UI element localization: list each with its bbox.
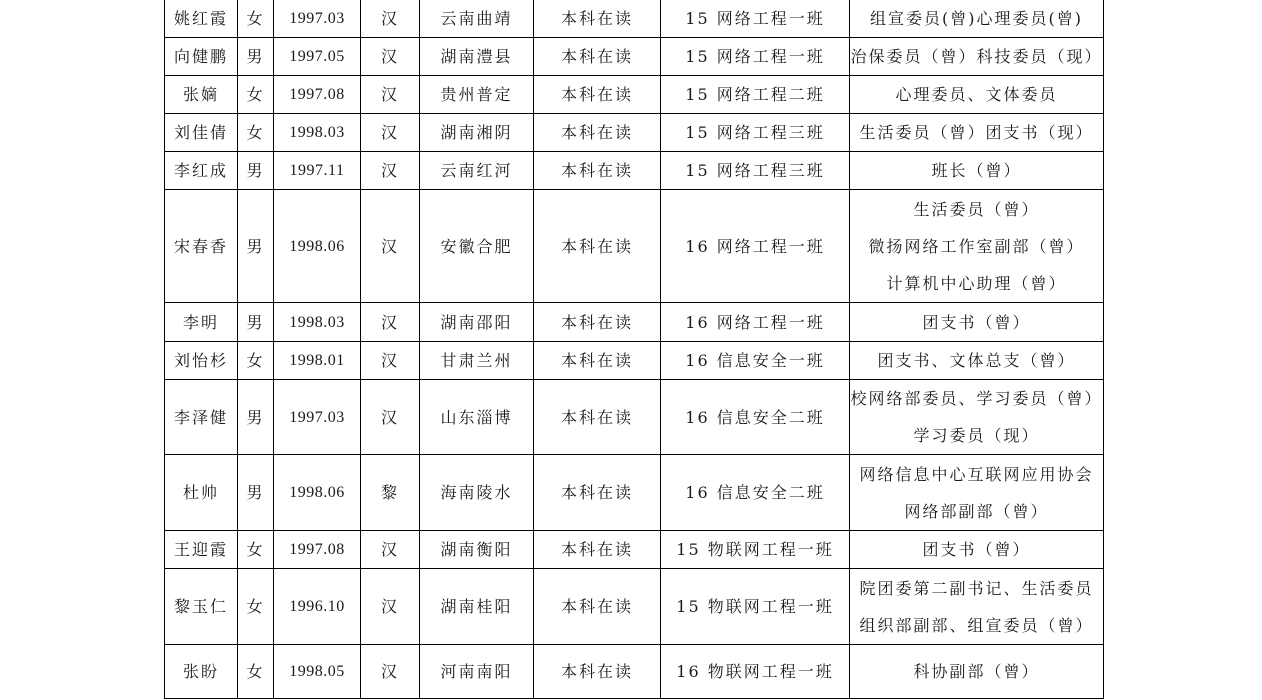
table-row: 王迎霞 女 1997.08 汉 湖南衡阳 本科在读 15 物联网工程一班 团支书… — [165, 531, 1104, 569]
cell-birth: 1997.11 — [274, 152, 361, 190]
cell-education: 本科在读 — [534, 152, 661, 190]
cell-ethnicity: 汉 — [361, 380, 420, 455]
cell-class: 16 网络工程一班 — [661, 190, 850, 303]
cell-education: 本科在读 — [534, 76, 661, 114]
cell-gender: 女 — [238, 645, 274, 699]
cell-ethnicity: 汉 — [361, 303, 420, 342]
cell-ethnicity: 汉 — [361, 190, 420, 303]
cell-class: 15 物联网工程一班 — [661, 569, 850, 645]
table-row: 张盼 女 1998.05 汉 河南南阳 本科在读 16 物联网工程一班 科协副部… — [165, 645, 1104, 699]
role-line: 团支书（曾） — [850, 304, 1103, 341]
cell-ethnicity: 汉 — [361, 531, 420, 569]
role-line: 团支书（曾） — [850, 531, 1103, 568]
roster-body: 姚红霞 女 1997.03 汉 云南曲靖 本科在读 15 网络工程一班 组宣委员… — [165, 0, 1104, 699]
cell-birth: 1998.03 — [274, 303, 361, 342]
role-line: 心理委员、文体委员 — [850, 76, 1103, 113]
cell-gender: 女 — [238, 0, 274, 38]
cell-ethnicity: 汉 — [361, 114, 420, 152]
cell-class: 16 物联网工程一班 — [661, 645, 850, 699]
cell-birth: 1996.10 — [274, 569, 361, 645]
cell-roles: 团支书、文体总支（曾） — [850, 342, 1104, 380]
cell-roles: 组宣委员(曾)心理委员(曾) — [850, 0, 1104, 38]
table-row: 黎玉仁 女 1996.10 汉 湖南桂阳 本科在读 15 物联网工程一班 院团委… — [165, 569, 1104, 645]
cell-roles: 网络信息中心互联网应用协会网络部副部（曾） — [850, 455, 1104, 531]
cell-birth: 1998.03 — [274, 114, 361, 152]
role-line: 科协副部（曾） — [850, 653, 1103, 690]
cell-origin: 山东淄博 — [420, 380, 534, 455]
cell-gender: 男 — [238, 380, 274, 455]
cell-class: 16 信息安全二班 — [661, 380, 850, 455]
table-row: 杜帅 男 1998.06 黎 海南陵水 本科在读 16 信息安全二班 网络信息中… — [165, 455, 1104, 531]
cell-roles: 院团委第二副书记、生活委员组织部副部、组宣委员（曾） — [850, 569, 1104, 645]
cell-gender: 男 — [238, 190, 274, 303]
cell-name: 刘佳倩 — [165, 114, 238, 152]
cell-birth: 1997.08 — [274, 76, 361, 114]
role-line: 班长（曾） — [850, 152, 1103, 189]
cell-gender: 男 — [238, 303, 274, 342]
cell-origin: 安徽合肥 — [420, 190, 534, 303]
cell-origin: 云南红河 — [420, 152, 534, 190]
cell-birth: 1998.06 — [274, 190, 361, 303]
cell-class: 15 网络工程一班 — [661, 38, 850, 76]
cell-origin: 甘肃兰州 — [420, 342, 534, 380]
cell-class: 16 网络工程一班 — [661, 303, 850, 342]
role-line: 治保委员（曾）科技委员（现） — [850, 38, 1103, 75]
cell-gender: 女 — [238, 569, 274, 645]
cell-roles: 团支书（曾） — [850, 303, 1104, 342]
cell-gender: 女 — [238, 342, 274, 380]
cell-gender: 女 — [238, 114, 274, 152]
student-roster-table: 姚红霞 女 1997.03 汉 云南曲靖 本科在读 15 网络工程一班 组宣委员… — [164, 0, 1104, 699]
cell-class: 15 网络工程三班 — [661, 114, 850, 152]
cell-origin: 湖南衡阳 — [420, 531, 534, 569]
cell-class: 15 物联网工程一班 — [661, 531, 850, 569]
cell-education: 本科在读 — [534, 455, 661, 531]
cell-name: 黎玉仁 — [165, 569, 238, 645]
cell-education: 本科在读 — [534, 645, 661, 699]
cell-education: 本科在读 — [534, 380, 661, 455]
cell-class: 15 网络工程三班 — [661, 152, 850, 190]
role-line: 网络信息中心互联网应用协会 — [850, 456, 1103, 493]
table-row: 李泽健 男 1997.03 汉 山东淄博 本科在读 16 信息安全二班 校网络部… — [165, 380, 1104, 455]
role-line: 计算机中心助理（曾） — [850, 265, 1103, 302]
table-row: 李红成 男 1997.11 汉 云南红河 本科在读 15 网络工程三班 班长（曾… — [165, 152, 1104, 190]
cell-name: 张嫡 — [165, 76, 238, 114]
cell-birth: 1998.05 — [274, 645, 361, 699]
cell-name: 刘怡杉 — [165, 342, 238, 380]
cell-name: 王迎霞 — [165, 531, 238, 569]
table-row: 刘佳倩 女 1998.03 汉 湖南湘阴 本科在读 15 网络工程三班 生活委员… — [165, 114, 1104, 152]
table-row: 张嫡 女 1997.08 汉 贵州普定 本科在读 15 网络工程二班 心理委员、… — [165, 76, 1104, 114]
cell-roles: 班长（曾） — [850, 152, 1104, 190]
cell-ethnicity: 汉 — [361, 38, 420, 76]
cell-roles: 生活委员（曾）微扬网络工作室副部（曾）计算机中心助理（曾） — [850, 190, 1104, 303]
cell-birth: 1997.08 — [274, 531, 361, 569]
cell-name: 杜帅 — [165, 455, 238, 531]
cell-education: 本科在读 — [534, 569, 661, 645]
cell-ethnicity: 黎 — [361, 455, 420, 531]
cell-name: 宋春香 — [165, 190, 238, 303]
cell-birth: 1997.03 — [274, 0, 361, 38]
cell-roles: 治保委员（曾）科技委员（现） — [850, 38, 1104, 76]
cell-origin: 河南南阳 — [420, 645, 534, 699]
table-row: 刘怡杉 女 1998.01 汉 甘肃兰州 本科在读 16 信息安全一班 团支书、… — [165, 342, 1104, 380]
role-line: 团支书、文体总支（曾） — [850, 342, 1103, 379]
cell-name: 李红成 — [165, 152, 238, 190]
cell-education: 本科在读 — [534, 303, 661, 342]
role-line: 组宣委员(曾)心理委员(曾) — [850, 0, 1103, 37]
cell-gender: 男 — [238, 455, 274, 531]
cell-origin: 贵州普定 — [420, 76, 534, 114]
cell-birth: 1997.03 — [274, 380, 361, 455]
table-row: 宋春香 男 1998.06 汉 安徽合肥 本科在读 16 网络工程一班 生活委员… — [165, 190, 1104, 303]
cell-ethnicity: 汉 — [361, 0, 420, 38]
cell-name: 张盼 — [165, 645, 238, 699]
role-line: 生活委员（曾） — [850, 191, 1103, 228]
cell-origin: 云南曲靖 — [420, 0, 534, 38]
cell-origin: 湖南桂阳 — [420, 569, 534, 645]
role-line: 院团委第二副书记、生活委员 — [850, 570, 1103, 607]
cell-origin: 湖南邵阳 — [420, 303, 534, 342]
role-line: 微扬网络工作室副部（曾） — [850, 228, 1103, 265]
cell-name: 李明 — [165, 303, 238, 342]
cell-education: 本科在读 — [534, 190, 661, 303]
cell-class: 16 信息安全二班 — [661, 455, 850, 531]
cell-education: 本科在读 — [534, 38, 661, 76]
table-row: 李明 男 1998.03 汉 湖南邵阳 本科在读 16 网络工程一班 团支书（曾… — [165, 303, 1104, 342]
table-row: 向健鹏 男 1997.05 汉 湖南澧县 本科在读 15 网络工程一班 治保委员… — [165, 38, 1104, 76]
cell-education: 本科在读 — [534, 0, 661, 38]
cell-name: 姚红霞 — [165, 0, 238, 38]
cell-class: 15 网络工程二班 — [661, 76, 850, 114]
cell-gender: 女 — [238, 76, 274, 114]
role-line: 组织部副部、组宣委员（曾） — [850, 607, 1103, 644]
table-row: 姚红霞 女 1997.03 汉 云南曲靖 本科在读 15 网络工程一班 组宣委员… — [165, 0, 1104, 38]
cell-ethnicity: 汉 — [361, 76, 420, 114]
cell-ethnicity: 汉 — [361, 152, 420, 190]
cell-birth: 1998.06 — [274, 455, 361, 531]
cell-ethnicity: 汉 — [361, 569, 420, 645]
cell-class: 16 信息安全一班 — [661, 342, 850, 380]
cell-gender: 男 — [238, 38, 274, 76]
role-line: 学习委员（现） — [850, 417, 1103, 454]
cell-roles: 心理委员、文体委员 — [850, 76, 1104, 114]
cell-name: 李泽健 — [165, 380, 238, 455]
cell-birth: 1997.05 — [274, 38, 361, 76]
cell-education: 本科在读 — [534, 342, 661, 380]
cell-origin: 海南陵水 — [420, 455, 534, 531]
cell-roles: 科协副部（曾） — [850, 645, 1104, 699]
cell-ethnicity: 汉 — [361, 342, 420, 380]
cell-origin: 湖南澧县 — [420, 38, 534, 76]
cell-class: 15 网络工程一班 — [661, 0, 850, 38]
role-line: 生活委员（曾）团支书（现） — [850, 114, 1103, 151]
cell-roles: 校网络部委员、学习委员（曾）学习委员（现） — [850, 380, 1104, 455]
role-line: 校网络部委员、学习委员（曾） — [850, 380, 1103, 417]
cell-roles: 生活委员（曾）团支书（现） — [850, 114, 1104, 152]
cell-education: 本科在读 — [534, 114, 661, 152]
cell-gender: 男 — [238, 152, 274, 190]
cell-name: 向健鹏 — [165, 38, 238, 76]
cell-education: 本科在读 — [534, 531, 661, 569]
cell-ethnicity: 汉 — [361, 645, 420, 699]
cell-gender: 女 — [238, 531, 274, 569]
cell-origin: 湖南湘阴 — [420, 114, 534, 152]
role-line: 网络部副部（曾） — [850, 493, 1103, 530]
cell-roles: 团支书（曾） — [850, 531, 1104, 569]
cell-birth: 1998.01 — [274, 342, 361, 380]
